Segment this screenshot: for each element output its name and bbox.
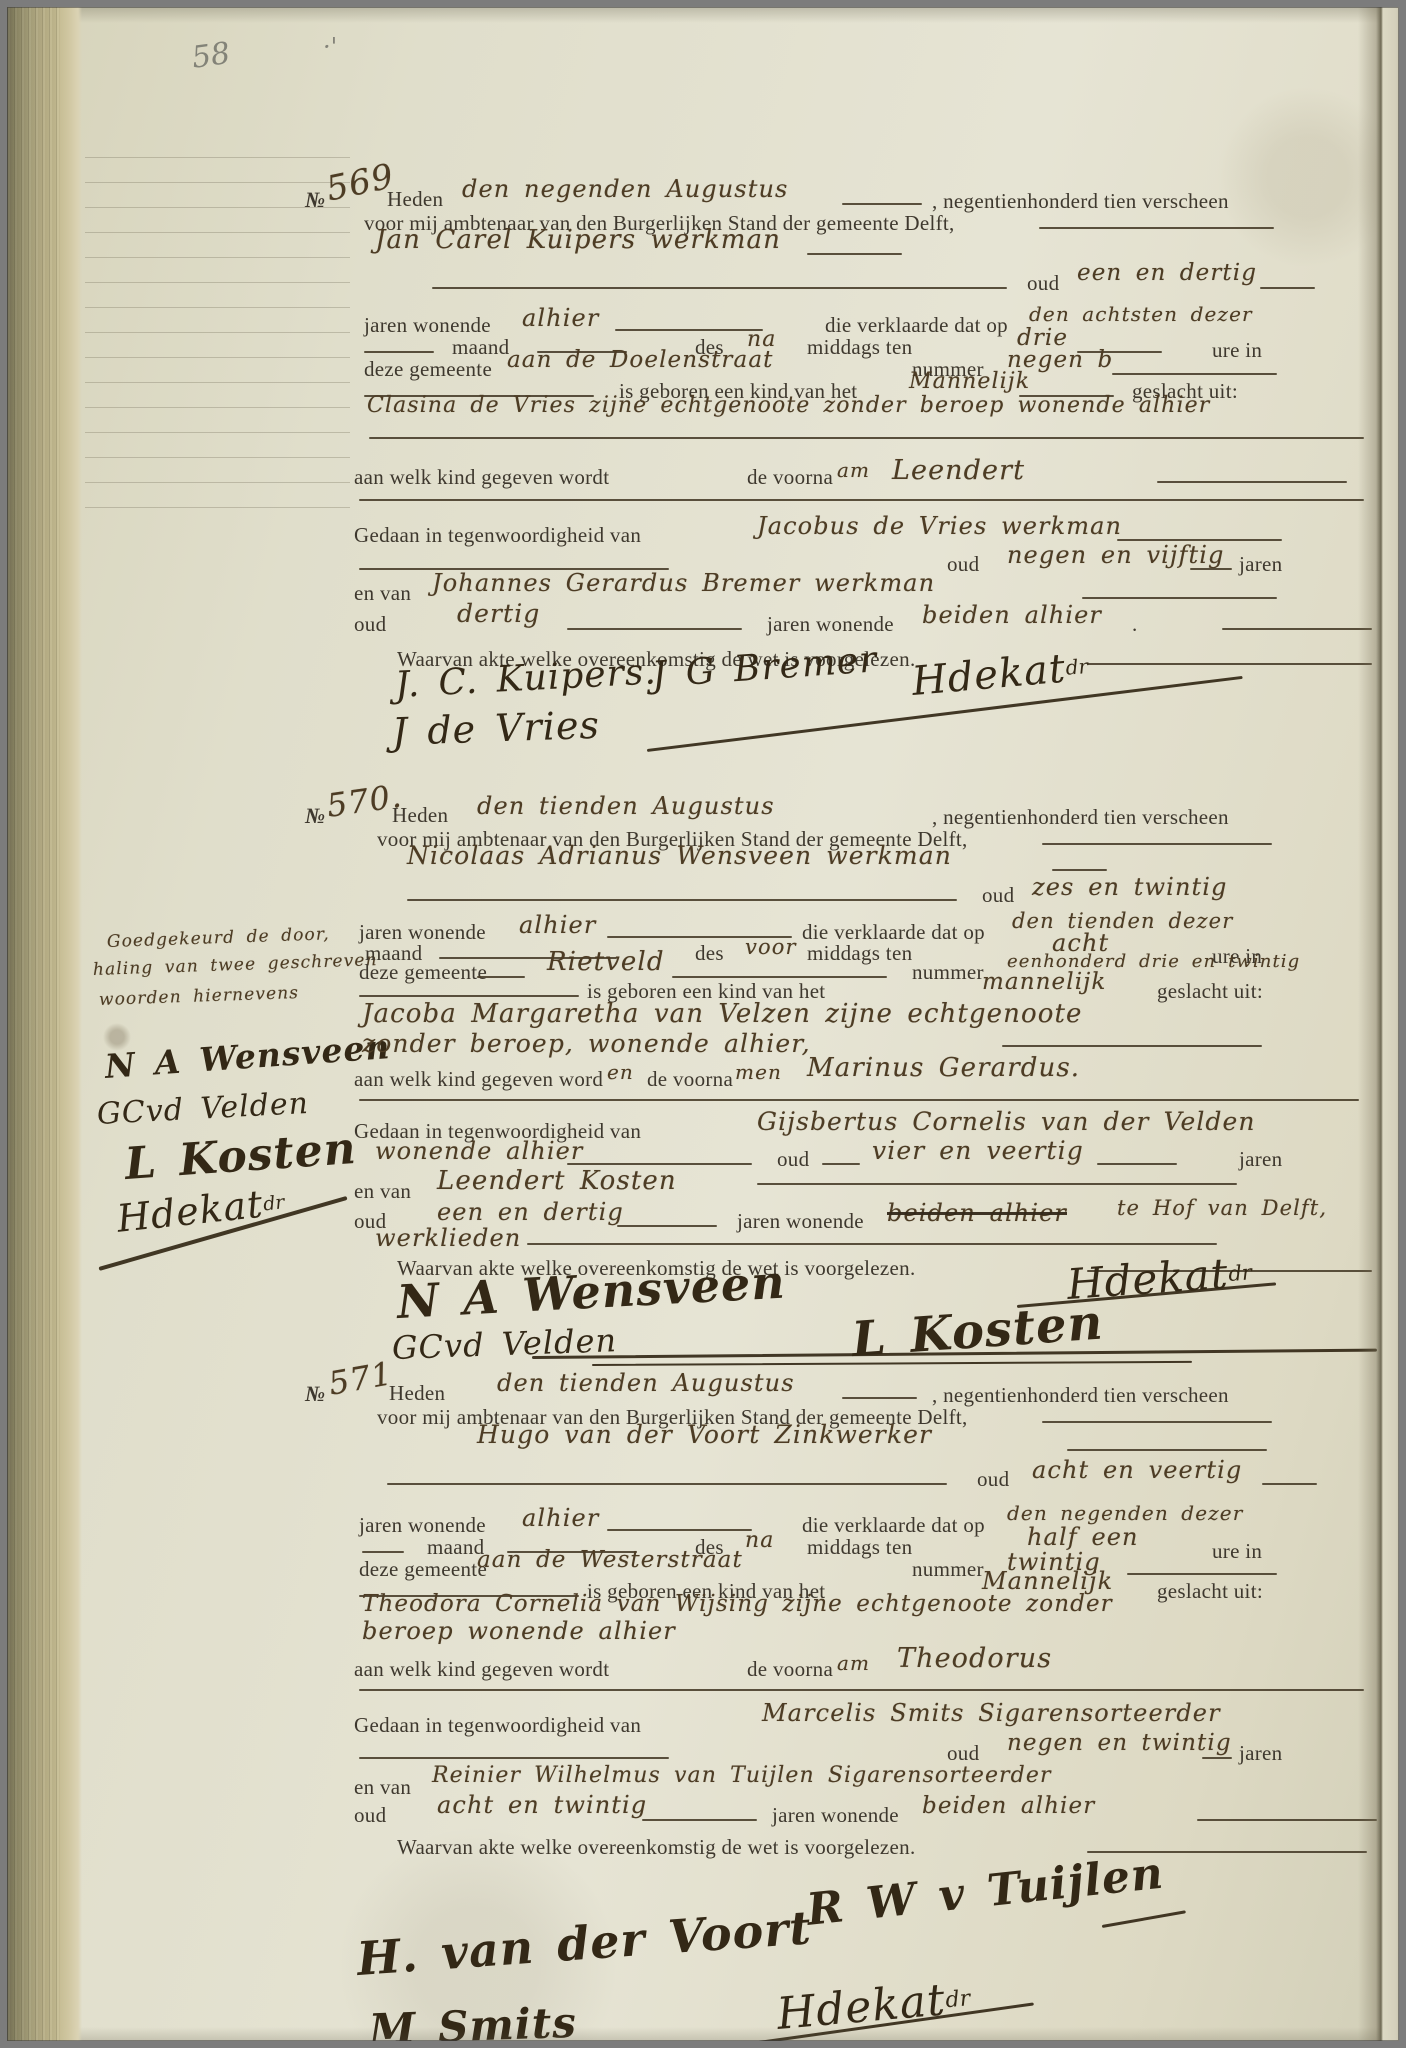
blank-rule <box>642 1819 757 1821</box>
handwritten-text: 571 <box>326 1354 396 1403</box>
handwritten-text: Jacoba Margaretha van Velzen zijne echtg… <box>362 999 1083 1029</box>
printed-text: oud <box>1027 271 1059 296</box>
blank-rule <box>1002 1045 1262 1047</box>
faint-line <box>85 332 350 333</box>
printed-text: geslacht uit: <box>1157 1579 1263 1604</box>
handwritten-text: Marinus Gerardus. <box>807 1053 1080 1083</box>
blank-rule <box>1202 1757 1232 1759</box>
blank-rule <box>1262 1483 1317 1485</box>
handwritten-text: werklieden <box>375 1224 521 1252</box>
handwritten-text: Gijsbertus Cornelis van der Velden <box>757 1107 1256 1136</box>
pencil-note: ·' <box>323 33 337 61</box>
signature: L Kosten <box>123 1123 358 1190</box>
handwritten-text: mannelijk <box>982 969 1106 995</box>
handwritten-text: Jan Carel Kuipers werkman <box>375 225 781 255</box>
blank-rule <box>359 1099 1359 1101</box>
handwritten-text: Rietveld <box>547 947 665 977</box>
handwritten-text: zonder beroep, wonende alhier, <box>362 1029 811 1058</box>
printed-text: oud <box>977 1467 1009 1492</box>
margin-note-line: woorden hiernevens <box>99 983 300 1010</box>
handwritten-text: beiden alhier <box>922 1793 1095 1819</box>
handwritten-text: Leendert Kosten <box>437 1166 677 1196</box>
printed-text: Gedaan in tegenwoordigheid van <box>354 1713 641 1738</box>
printed-text: jaren wonende <box>737 1209 864 1234</box>
handwritten-text: men <box>735 1060 782 1084</box>
signature: L Kosten <box>850 1295 1105 1368</box>
handwritten-text: dertig <box>457 599 540 628</box>
printed-text: № <box>305 1381 325 1407</box>
handwritten-text: na <box>745 1528 775 1553</box>
faint-line <box>85 182 350 183</box>
signature: M Smits <box>368 1998 577 2048</box>
blank-rule <box>807 253 902 255</box>
handwritten-text: wonende alhier <box>375 1137 584 1165</box>
blank-rule <box>359 995 579 997</box>
printed-text: jaren wonende <box>767 612 894 637</box>
blank-rule <box>1222 628 1372 630</box>
handwritten-text: zes en twintig <box>1032 873 1228 901</box>
handwritten-text: een en dertig <box>1077 260 1257 286</box>
handwritten-text: alhier <box>522 1504 599 1532</box>
printed-text: aan welk kind gegeven word <box>354 1067 603 1092</box>
handwritten-text: den tienden Augustus <box>477 792 775 820</box>
printed-text: aan welk kind gegeven wordt <box>354 465 609 490</box>
signature-paraph: dr <box>1065 654 1089 680</box>
blank-rule <box>757 1183 1237 1185</box>
printed-text: , negentienhonderd tien verscheen <box>932 189 1229 214</box>
handwritten-text: Hugo van der Voort Zinkwerker <box>477 1420 932 1449</box>
printed-text: des <box>695 941 724 966</box>
printed-text: , negentienhonderd tien verscheen <box>932 1383 1229 1408</box>
handwritten-text: Marcelis Smits Sigarensorteerder <box>762 1699 1221 1727</box>
handwritten-text: Theodorus <box>897 1643 1052 1674</box>
signature: GCvd Velden <box>391 1321 617 1367</box>
struck-text: beiden alhier <box>887 1199 1067 1227</box>
faint-line <box>85 282 350 283</box>
printed-text: Gedaan in tegenwoordigheid van <box>354 523 641 548</box>
handwritten-text: den tienden dezer <box>1012 909 1233 933</box>
handwritten-text: Reinier Wilhelmus van Tuijlen Sigarensor… <box>432 1763 1052 1788</box>
printed-text: № <box>305 803 325 829</box>
printed-text: № <box>305 187 325 213</box>
faint-line <box>85 432 350 433</box>
printed-text: en van <box>354 1775 411 1800</box>
blank-rule <box>359 1689 1364 1691</box>
printed-text: Heden <box>387 187 443 212</box>
handwritten-text: alhier <box>519 911 596 939</box>
printed-text: oud <box>777 1147 809 1172</box>
ink-flourish <box>1102 1910 1186 1928</box>
faint-line <box>85 507 350 508</box>
page-fold-edge <box>1358 0 1406 2048</box>
signature-paraph: dr <box>1228 1260 1253 1286</box>
handwritten-text: Clasina de Vries zijne echtgenoote zonde… <box>367 393 1210 418</box>
blank-rule <box>822 1163 860 1165</box>
blank-rule <box>842 1397 917 1399</box>
printed-text: Heden <box>392 803 448 828</box>
blank-rule <box>407 899 957 901</box>
printed-text: oud <box>354 612 386 637</box>
signature: Hdekatdr <box>775 1972 972 2040</box>
faint-line <box>85 357 350 358</box>
signature: N A Wensveen <box>104 1027 392 1086</box>
blank-rule <box>1082 597 1277 599</box>
faint-line <box>85 457 350 458</box>
handwritten-text: half een <box>1027 1523 1139 1551</box>
signature: J de Vries <box>391 703 600 754</box>
blank-rule <box>432 287 1007 289</box>
printed-text: deze gemeente <box>364 357 492 382</box>
faint-line <box>85 307 350 308</box>
faint-line <box>85 407 350 408</box>
printed-text: jaren <box>1239 1147 1282 1172</box>
handwritten-text: vier en veertig <box>872 1136 1084 1165</box>
printed-text: , negentienhonderd tien verscheen <box>932 805 1229 830</box>
margin-note-line: haling van twee geschreven <box>93 950 378 980</box>
blank-rule <box>1087 663 1372 665</box>
margin-note-line: Goedgekeurd de door, <box>107 924 330 952</box>
handwritten-text: Jacobus de Vries werkman <box>757 512 1122 540</box>
printed-text: oud <box>354 1803 386 1828</box>
signature-paraph: dr <box>262 1191 285 1215</box>
handwritten-text: beroep wonende alhier <box>362 1617 676 1645</box>
printed-text: ure in <box>1212 1539 1262 1564</box>
printed-text: Waarvan akte welke overeenkomstig de wet… <box>397 1835 916 1860</box>
scanned-register-photo: { "colors":{ "page":"#e0ddc8", "printed_… <box>0 0 1406 2048</box>
handwritten-text: te Hof van Delft, <box>1117 1196 1327 1220</box>
blank-rule <box>672 976 887 978</box>
printed-text: de voorna <box>747 1657 833 1682</box>
printed-text: middags ten <box>807 941 912 966</box>
handwritten-text: een en dertig <box>437 1198 624 1226</box>
blank-rule <box>527 1243 1217 1245</box>
blank-rule <box>615 329 763 331</box>
blank-rule <box>842 203 922 205</box>
blank-rule <box>1039 227 1274 229</box>
blank-rule <box>607 1529 752 1531</box>
book-binding-edge <box>0 0 82 2048</box>
handwritten-text: Johannes Gerardus Bremer werkman <box>432 569 935 597</box>
faint-line <box>85 257 350 258</box>
printed-text: middags ten <box>807 335 912 360</box>
printed-text: de voorna <box>747 465 833 490</box>
blank-rule <box>1042 843 1272 845</box>
printed-text: deze gemeente <box>359 960 487 985</box>
handwritten-text: den negenden Augustus <box>462 175 788 203</box>
register-page: 58·' Goedgekeurd de door,haling van twee… <box>7 7 1399 2041</box>
signature: H. van der Voort <box>355 1900 813 1986</box>
faint-line <box>85 157 350 158</box>
handwritten-text: Leendert <box>892 455 1025 486</box>
printed-text: oud <box>947 552 979 577</box>
faint-line <box>85 482 350 483</box>
printed-text: jaren <box>1239 1741 1282 1766</box>
handwritten-text: negen en twintig <box>1007 1730 1232 1756</box>
blank-rule <box>1190 568 1232 570</box>
blank-rule <box>1157 481 1347 483</box>
printed-text: en van <box>354 581 411 606</box>
blank-rule <box>359 499 1364 501</box>
printed-text: deze gemeente <box>359 1557 487 1582</box>
blank-rule <box>359 1757 669 1759</box>
blank-rule <box>1197 1819 1377 1821</box>
handwritten-text: aan de Westerstraat <box>477 1547 743 1573</box>
handwritten-text: voor <box>745 935 797 959</box>
handwritten-text: Theodora Cornelia van Wijsing zijne echt… <box>362 1591 1113 1617</box>
faint-line <box>85 382 350 383</box>
blank-rule <box>1097 1163 1177 1165</box>
signature: Hdekatdr <box>910 644 1090 705</box>
handwritten-text: Nicolaas Adrianus Wensveen werkman <box>407 841 952 870</box>
blank-rule <box>1067 1449 1267 1451</box>
printed-text: nummer <box>912 1557 984 1582</box>
signature: GCvd Velden <box>96 1086 310 1132</box>
handwritten-text: am <box>837 458 870 482</box>
handwritten-text: acht en twintig <box>437 1791 647 1819</box>
faint-line <box>85 232 350 233</box>
handwritten-text: negen en vijftig <box>1007 541 1224 569</box>
printed-text: . <box>1132 612 1138 637</box>
printed-text: jaren <box>1239 552 1282 577</box>
blank-rule <box>1127 1573 1277 1575</box>
blank-rule <box>1052 869 1107 871</box>
handwritten-text: den tienden Augustus <box>497 1369 795 1397</box>
blank-rule <box>567 1163 752 1165</box>
handwritten-text: acht en veertig <box>1032 1456 1242 1484</box>
signature-paraph: dr <box>945 1986 972 2013</box>
printed-text: oud <box>982 883 1014 908</box>
printed-text: ure in <box>1212 338 1262 363</box>
handwritten-text: Mannelijk <box>909 369 1030 394</box>
handwritten-text: aan de Doelenstraat <box>507 347 773 373</box>
printed-text: nummer <box>912 960 984 985</box>
blank-rule <box>617 1225 717 1227</box>
printed-text: jaren wonende <box>772 1803 899 1828</box>
printed-text: en van <box>354 1179 411 1204</box>
printed-text: de voorna <box>647 1067 733 1092</box>
blank-rule <box>1112 373 1277 375</box>
handwritten-text: am <box>837 1651 870 1675</box>
handwritten-text: den achtsten dezer <box>1029 302 1253 326</box>
handwritten-text: en <box>607 1060 634 1084</box>
blank-rule <box>567 628 742 630</box>
blank-rule <box>362 1551 404 1553</box>
blank-rule <box>369 437 1364 439</box>
blank-rule <box>1260 287 1315 289</box>
pencil-note: 58 <box>190 36 233 76</box>
printed-text: geslacht uit: <box>1157 979 1263 1004</box>
blank-rule <box>477 976 525 978</box>
blank-rule <box>364 351 434 353</box>
printed-text: aan welk kind gegeven wordt <box>354 1657 609 1682</box>
blank-rule <box>1042 1421 1272 1423</box>
blank-rule <box>387 1483 947 1485</box>
handwritten-text: den negenden dezer <box>1007 1501 1243 1525</box>
handwritten-text: alhier <box>522 304 599 332</box>
printed-text: middags ten <box>807 1535 912 1560</box>
handwritten-text: beiden alhier <box>922 601 1102 629</box>
printed-text: Heden <box>389 1381 445 1406</box>
